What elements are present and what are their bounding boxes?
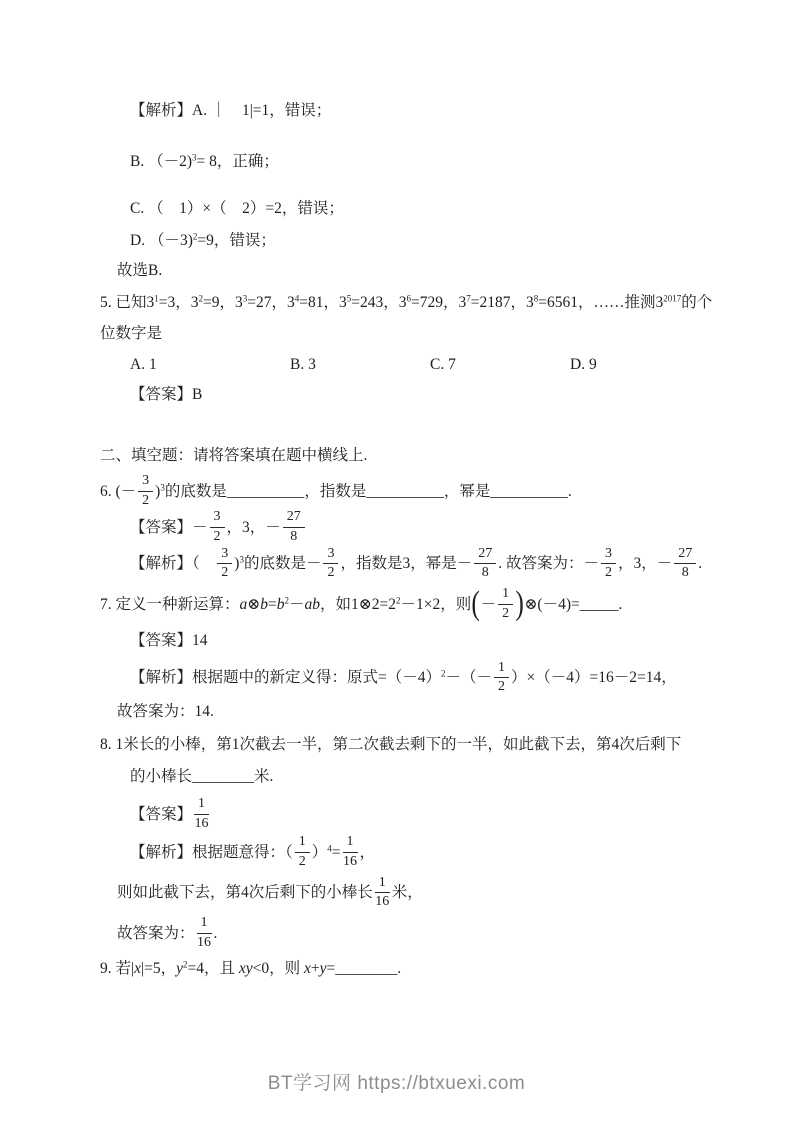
q9-stem: 9. 若|x|=5，y2=4，且 xy<0，则 x+y=________. xyxy=(100,958,760,979)
fraction-27-8: 278 xyxy=(283,510,305,544)
q4-option-c-line: C. （ 1）×（ 2）=2，错误； xyxy=(100,198,760,219)
q7-stem: 7. 定义一种新运算：a⊗b=b2－ab，如1⊗2=22－1×2，则 ( － 1… xyxy=(100,587,760,621)
fraction-three-halves: 32 xyxy=(138,474,153,508)
q4-analysis-line-a: 【解析】A. ｜ 1|=1，错误； xyxy=(100,100,760,121)
q5-option-a: A. 1 xyxy=(130,354,290,375)
q6-analysis-d: . 故答案为：－ xyxy=(498,553,599,574)
q5-option-b: B. 3 xyxy=(290,354,430,375)
q7-stem-pre: 7. 定义一种新运算：a⊗b=b2－ab，如1⊗2=22－1×2，则 xyxy=(100,594,471,615)
fraction-one-sixteenth: 116 xyxy=(343,835,358,869)
fraction-three-halves: 32 xyxy=(323,547,338,581)
q5-answer: 【答案】B xyxy=(100,384,760,405)
big-paren-close: ) xyxy=(516,589,524,620)
q6-answer-pre: 【答案】－ xyxy=(130,517,208,538)
q8-analysis-c: ， xyxy=(360,842,376,863)
q6-analysis: 【解析】（ 32 )3的底数是－ 32 ，指数是3，幂是－ 278 . 故答案为… xyxy=(100,547,760,581)
q8-conclusion-b: . xyxy=(214,923,218,944)
q8-then-a: 则如此截下去，第4次后剩下的小棒长 xyxy=(117,882,373,903)
q6-stem-pre: 6. (－ xyxy=(100,481,136,502)
q6-analysis-end: . xyxy=(698,553,702,574)
big-paren-open: ( xyxy=(472,589,480,620)
q6-analysis-b: )3的底数是－ xyxy=(234,553,321,574)
footer-watermark: BT学习网 https://btxuexi.com xyxy=(0,1068,793,1095)
q6-answer-mid: ，3，－ xyxy=(227,517,281,538)
q4-conclusion: 故选B. xyxy=(100,260,760,281)
fraction-27-8: 278 xyxy=(674,547,696,581)
fraction-one-half: 12 xyxy=(494,661,509,695)
q7-conclusion: 故答案为：14. xyxy=(100,701,760,722)
q5-option-d: D. 9 xyxy=(570,354,760,375)
q6-stem: 6. (－ 32 )3的底数是__________，指数是__________，… xyxy=(100,474,760,508)
q8-then-b: 米， xyxy=(392,882,423,903)
fraction-27-8: 278 xyxy=(474,547,496,581)
q8-conclusion-a: 故答案为： xyxy=(117,923,195,944)
q8-analysis-b: ）4= xyxy=(312,842,341,863)
q8-answer-label: 【答案】 xyxy=(130,804,192,825)
fraction-three-halves: 32 xyxy=(601,547,616,581)
document-page: 【解析】A. ｜ 1|=1，错误； B. （－2)3= 8，正确； C. （ 1… xyxy=(0,0,793,1122)
q6-stem-post: )3的底数是__________，指数是__________，幂是_______… xyxy=(155,481,572,502)
q6-analysis-e: ，3，－ xyxy=(618,553,672,574)
fraction-three-halves: 32 xyxy=(217,547,232,581)
fraction-one-sixteenth: 116 xyxy=(197,916,212,950)
q8-stem-line2: 的小棒长________米. xyxy=(100,766,760,787)
worksheet-content: 【解析】A. ｜ 1|=1，错误； B. （－2)3= 8，正确； C. （ 1… xyxy=(100,100,760,979)
q4-option-b-line: B. （－2)3= 8，正确； xyxy=(100,151,760,172)
q4-option-d-line: D. （－3)2=9，错误； xyxy=(100,230,760,251)
q5-stem-line2: 位数字是 xyxy=(100,323,760,344)
q8-analysis-a: 【解析】根据题意得：（ xyxy=(130,842,293,863)
q5-options-row: A. 1 B. 3 C. 7 D. 9 xyxy=(100,354,760,375)
fraction-one-half: 12 xyxy=(295,835,310,869)
q6-analysis-a: 【解析】（ xyxy=(130,553,215,574)
q7-stem-neg: － xyxy=(481,594,497,615)
q7-analysis-b: ）×（－4）=16－2=14， xyxy=(511,667,677,688)
q6-answer: 【答案】－ 32 ，3，－ 278 xyxy=(100,510,760,544)
footer-text: BT学习网 https://btxuexi.com xyxy=(268,1073,525,1094)
q7-analysis-a: 【解析】根据题中的新定义得：原式=（－4）2－（－ xyxy=(130,667,492,688)
q7-stem-post: ⊗(－4)=_____. xyxy=(524,594,622,615)
fraction-three-halves: 32 xyxy=(210,510,225,544)
section2-header: 二、填空题：请将答案填在题中横线上. xyxy=(100,445,760,466)
q8-analysis: 【解析】根据题意得：（ 12 ）4= 116 ， xyxy=(100,835,760,869)
q8-then-line: 则如此截下去，第4次后剩下的小棒长 116 米， xyxy=(100,876,760,910)
q6-analysis-c: ，指数是3，幂是－ xyxy=(340,553,472,574)
q8-conclusion: 故答案为： 116 . xyxy=(100,916,760,950)
fraction-one-half: 12 xyxy=(498,587,513,621)
q5-stem-line1: 5. 已知31=3，32=9，33=27，34=81，35=243，36=729… xyxy=(100,292,760,313)
q7-answer: 【答案】14 xyxy=(100,630,760,651)
q7-analysis: 【解析】根据题中的新定义得：原式=（－4）2－（－ 12 ）×（－4）=16－2… xyxy=(100,661,760,695)
q5-option-c: C. 7 xyxy=(430,354,570,375)
q8-answer: 【答案】 116 xyxy=(100,797,760,831)
fraction-one-sixteenth: 116 xyxy=(194,797,209,831)
q8-stem-line1: 8. 1米长的小棒，第1次截去一半，第二次截去剩下的一半，如此截下去，第4次后剩… xyxy=(100,734,760,755)
fraction-one-sixteenth: 116 xyxy=(375,876,390,910)
